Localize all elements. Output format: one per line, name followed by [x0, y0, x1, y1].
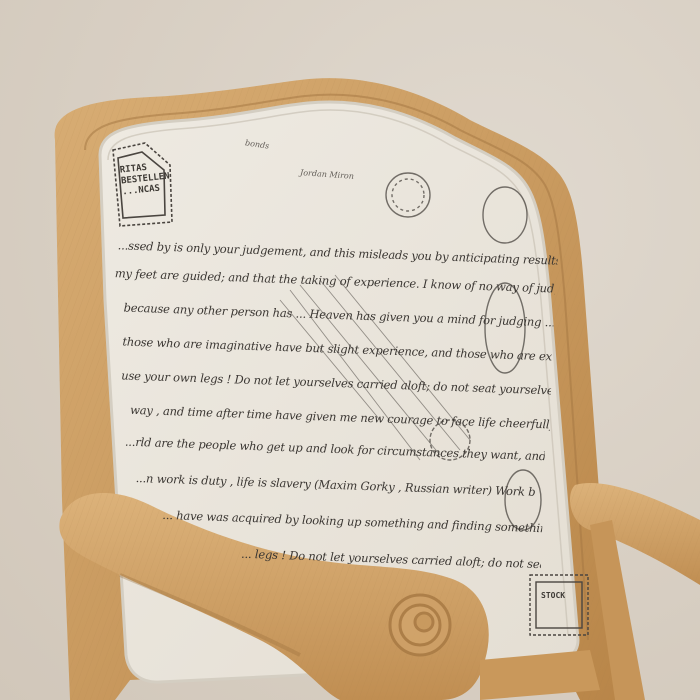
stamp-bottom-right: STOCK	[538, 588, 568, 604]
scroll-volute	[390, 595, 450, 655]
stamp-top-left: RITAS BESTELLEN ...NCAS	[116, 157, 174, 201]
product-photo: ...ssed by is only your judgement, and t…	[0, 0, 700, 700]
armchair	[0, 0, 700, 700]
stamp-label: STOCK	[541, 591, 565, 601]
